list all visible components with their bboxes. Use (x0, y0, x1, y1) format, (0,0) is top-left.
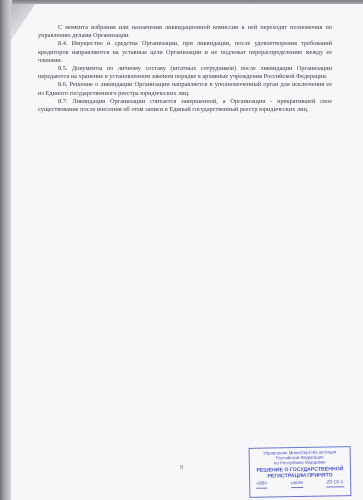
stamp-date: «08» июля 20 15 г. (250, 479, 350, 489)
stamp-date-month: июля (291, 480, 303, 488)
registration-stamp: Управление Министерства юстиции Российск… (249, 446, 352, 498)
paragraph-8-5: 8.5. Документы по личному составу (штатн… (38, 65, 332, 81)
paragraph-intro: С момента избрания или назначения ликвид… (38, 24, 332, 40)
page-number: 9 (180, 465, 183, 471)
stamp-line-3: по Республике Мордовия (250, 459, 350, 466)
scan-shadow-left (0, 0, 12, 500)
stamp-date-year: 20 15 г. (326, 479, 344, 487)
stamp-date-day: «08» (256, 481, 267, 489)
document-body: С момента избрания или назначения ликвид… (38, 24, 332, 114)
paragraph-8-7: 8.7. Ликвидация Организации считается за… (38, 98, 332, 114)
paragraph-8-4: 8.4. Имущество и средства Организации, п… (38, 40, 332, 65)
paragraph-8-6: 8.6. Решение о ликвидации Организации на… (38, 81, 332, 97)
